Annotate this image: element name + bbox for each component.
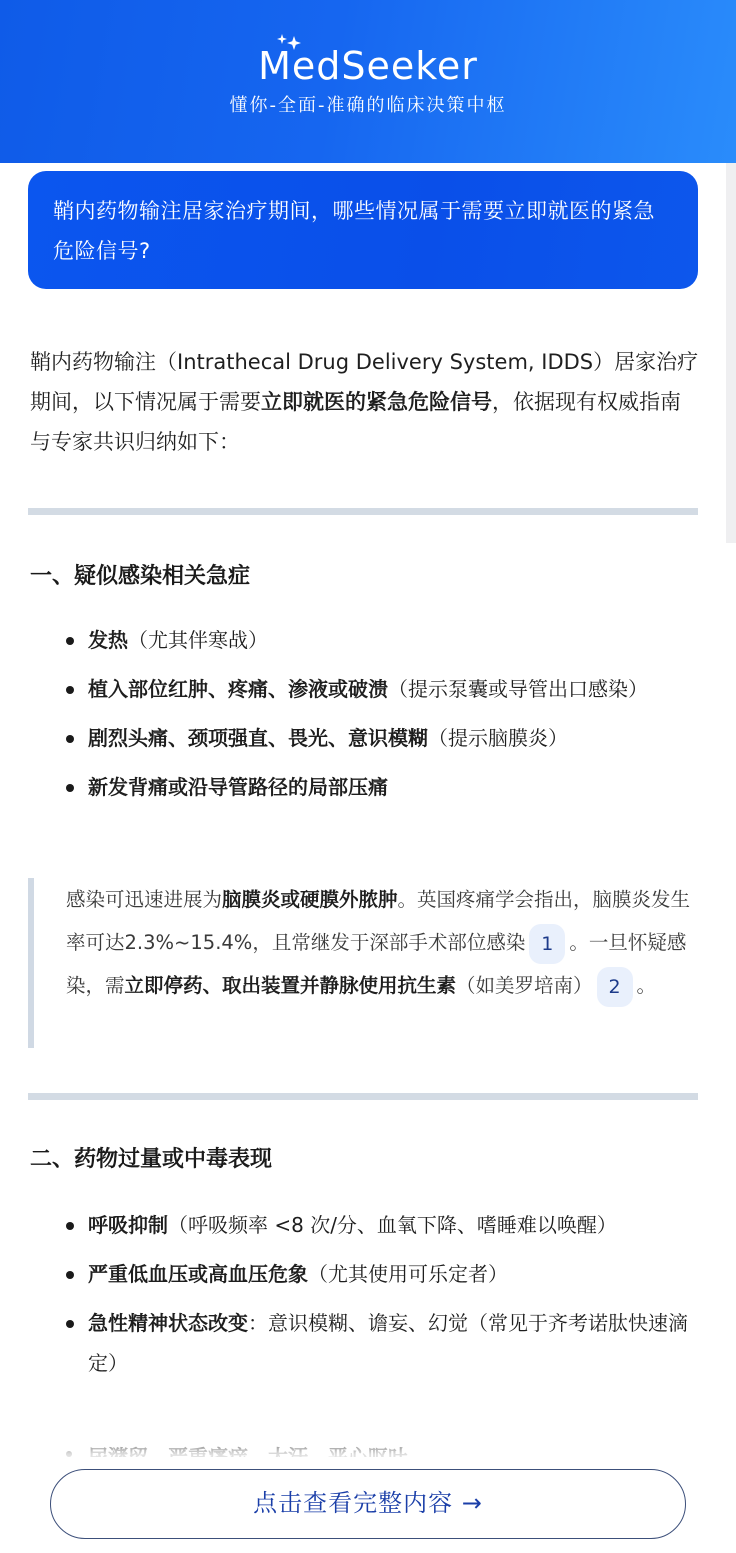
item-rest: （尤其伴寒战）: [128, 628, 268, 652]
list-item: 严重低血压或高血压危象（尤其使用可乐定者）: [60, 1254, 705, 1294]
list-item: 植入部位红肿、疼痛、渗液或破溃（提示泵囊或导管出口感染）: [60, 669, 705, 709]
list-item: 呼吸抑制（呼吸频率 <8 次/分、血氧下降、嗜睡难以唤醒）: [60, 1205, 705, 1245]
overdose-symptom-list: 呼吸抑制（呼吸频率 <8 次/分、血氧下降、嗜睡难以唤醒） 严重低血压或高血压危…: [60, 1205, 705, 1392]
section-title-overdose: 二、药物过量或中毒表现: [30, 1143, 272, 1177]
infection-note-quote: 感染可迅速进展为脑膜炎或硬膜外脓肿。英国疼痛学会指出，脑膜炎发生率可达2.3%~…: [28, 878, 698, 1048]
item-bold: 植入部位红肿、疼痛、渗液或破溃: [88, 677, 388, 701]
quote-text: 感染可迅速进展为: [66, 888, 222, 911]
list-item: 发热（尤其伴寒战）: [60, 620, 705, 660]
question-text: 鞘内药物输注居家治疗期间，哪些情况属于需要立即就医的紧急危险信号?: [53, 199, 655, 263]
list-item: 剧烈头痛、颈项强直、畏光、意识模糊（提示脑膜炎）: [60, 718, 705, 758]
scrollbar[interactable]: [726, 163, 736, 543]
item-bold: 新发背痛或沿导管路径的局部压痛: [88, 775, 388, 799]
content-fade-overlay: [0, 1430, 736, 1470]
intro-emphasis: 立即就医的紧急危险信号: [261, 390, 492, 414]
citation-badge-2[interactable]: 2: [597, 967, 633, 1007]
brand-logo: MedSeeker: [0, 42, 736, 90]
citation-badge-1[interactable]: 1: [529, 924, 565, 964]
list-item: 新发背痛或沿导管路径的局部压痛: [60, 767, 705, 807]
quote-emphasis: 立即停药、取出装置并静脉使用抗生素: [125, 974, 457, 997]
item-bold: 急性精神状态改变: [88, 1311, 248, 1335]
section-divider: [28, 508, 698, 515]
item-rest: （呼吸频率 <8 次/分、血氧下降、嗜睡难以唤醒）: [168, 1213, 617, 1237]
item-rest: （提示泵囊或导管出口感染）: [388, 677, 648, 701]
quote-emphasis: 脑膜炎或硬膜外脓肿: [222, 888, 398, 911]
answer-intro: 鞘内药物输注（Intrathecal Drug Delivery System,…: [30, 342, 700, 462]
user-question-bubble: 鞘内药物输注居家治疗期间，哪些情况属于需要立即就医的紧急危险信号?: [28, 171, 698, 289]
item-rest: （尤其使用可乐定者）: [308, 1262, 508, 1286]
sparkle-icon: [276, 32, 306, 56]
item-bold: 剧烈头痛、颈项强直、畏光、意识模糊: [88, 726, 428, 750]
quote-text: （如美罗培南）: [456, 974, 593, 997]
section-title-infection: 一、疑似感染相关急症: [30, 560, 250, 594]
view-full-content-label: 点击查看完整内容 →: [253, 1489, 483, 1517]
item-bold: 发热: [88, 628, 128, 652]
section-divider: [28, 1093, 698, 1100]
view-full-content-button[interactable]: 点击查看完整内容 →: [50, 1469, 686, 1539]
item-rest: （提示脑膜炎）: [428, 726, 568, 750]
app-header: MedSeeker 懂你-全面-准确的临床决策中枢: [0, 0, 736, 163]
item-bold: 呼吸抑制: [88, 1213, 168, 1237]
infection-symptom-list: 发热（尤其伴寒战） 植入部位红肿、疼痛、渗液或破溃（提示泵囊或导管出口感染） 剧…: [60, 620, 705, 816]
quote-text: 。: [637, 974, 657, 997]
tagline: 懂你-全面-准确的临床决策中枢: [0, 93, 736, 119]
list-item: 急性精神状态改变：意识模糊、谵妄、幻觉（常见于齐考诺肽快速滴定）: [60, 1303, 705, 1383]
item-bold: 严重低血压或高血压危象: [88, 1262, 308, 1286]
